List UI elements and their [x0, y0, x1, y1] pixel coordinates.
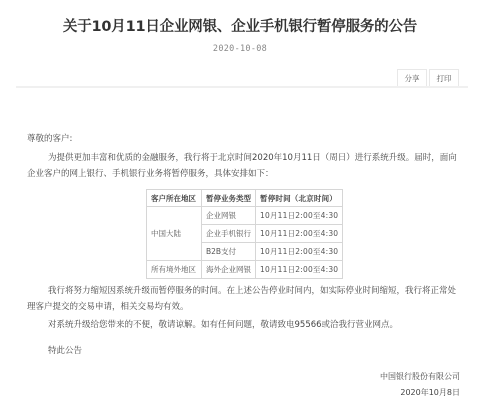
- share-button[interactable]: 分享: [397, 69, 427, 87]
- greeting: 尊敬的客户:: [27, 131, 457, 147]
- column-header-time: 暂停时间（北京时间）: [256, 190, 343, 207]
- table-header-row: 客户所在地区 暂停业务类型 暂停时间（北京时间）: [147, 190, 343, 207]
- closing-text: 特此公告: [48, 343, 478, 359]
- region-cell: 中国大陆: [147, 207, 202, 261]
- signature-date: 2020年10月8日: [260, 387, 460, 398]
- time-cell: 10月11日2:00至4:30: [256, 225, 343, 243]
- signature-organization: 中国银行股份有限公司: [260, 371, 460, 382]
- region-cell: 所有境外地区: [147, 261, 202, 279]
- table-row: 中国大陆 企业网银 10月11日2:00至4:30: [147, 207, 343, 225]
- service-cell: 海外企业网银: [202, 261, 256, 279]
- toolbar: 分享 打印: [395, 69, 459, 87]
- table-row: 所有境外地区 海外企业网银 10月11日2:00至4:30: [147, 261, 343, 279]
- column-header-region: 客户所在地区: [147, 190, 202, 207]
- service-cell: 企业手机银行: [202, 225, 256, 243]
- paragraph-effort: 我行将努力缩短因系统升级而暂停服务的时间。在上述公告停业时间内，如实际停业时间缩…: [27, 283, 457, 315]
- time-cell: 10月11日2:00至4:30: [256, 261, 343, 279]
- paragraph-intro: 为提供更加丰富和优质的金融服务，我行将于北京时间2020年10月11日（周日）进…: [27, 150, 457, 182]
- service-cell: 企业网银: [202, 207, 256, 225]
- time-cell: 10月11日2:00至4:30: [256, 243, 343, 261]
- announcement-page: 关于10月11日企业网银、企业手机银行暂停服务的公告 2020-10-08 分享…: [0, 0, 480, 408]
- paragraph-apology: 对系统升级给您带来的不便，敬请谅解。如有任何问题，敬请致电95566或洽我行营业…: [48, 317, 478, 333]
- page-title: 关于10月11日企业网银、企业手机银行暂停服务的公告: [0, 15, 480, 36]
- header-divider: [16, 86, 468, 88]
- publish-date: 2020-10-08: [0, 44, 480, 54]
- suspension-schedule-table: 客户所在地区 暂停业务类型 暂停时间（北京时间） 中国大陆 企业网银 10月11…: [146, 189, 343, 279]
- service-cell: B2B支付: [202, 243, 256, 261]
- column-header-service: 暂停业务类型: [202, 190, 256, 207]
- time-cell: 10月11日2:00至4:30: [256, 207, 343, 225]
- print-button[interactable]: 打印: [429, 69, 459, 87]
